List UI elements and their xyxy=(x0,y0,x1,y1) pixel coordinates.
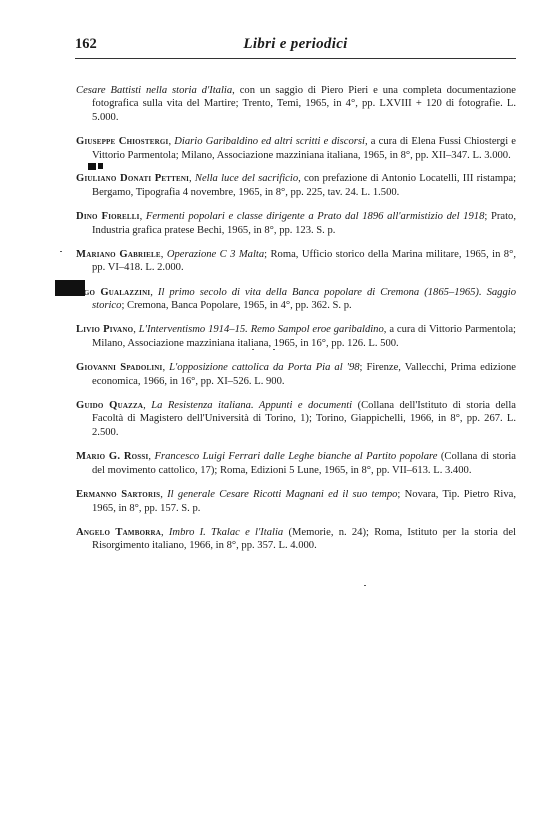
entry-author: Ugo Gualazzini xyxy=(76,287,150,298)
bibliography-entry: Angelo Tamborra, Imbro I. Tkalac e l'Ita… xyxy=(76,526,516,553)
scan-speck xyxy=(60,251,62,252)
scan-artifact xyxy=(88,163,96,170)
entry-title: Imbro I. Tkalac e l'Italia xyxy=(169,527,283,538)
entry-title: Il generale Cesare Ricotti Magnani ed il… xyxy=(167,489,397,500)
bibliography-entry: Giuseppe Chiostergi, Diario Garibaldino … xyxy=(76,135,516,162)
entry-title: Operazione C 3 Malta xyxy=(167,249,264,260)
scan-speck xyxy=(273,349,275,350)
entry-author: Angelo Tamborra xyxy=(76,527,161,538)
entry-title: Fermenti popolari e classe dirigente a P… xyxy=(146,211,485,222)
bibliography-entry: Cesare Battisti nella storia d'Italia, c… xyxy=(76,84,516,125)
bibliography-entry: Guido Quazza, La Resistenza italiana. Ap… xyxy=(76,399,516,440)
bibliography-entry: Mariano Gabriele, Operazione C 3 Malta; … xyxy=(76,248,516,275)
bibliography-entry: Giuliano Donati Petteni, Nella luce del … xyxy=(76,172,516,199)
bibliography-entry: Ugo Gualazzini, Il primo secolo di vita … xyxy=(76,286,516,313)
entry-title: Francesco Luigi Ferrari dalle Leghe bian… xyxy=(155,451,438,462)
bibliography-entry: Livio Pivano, L'Interventismo 1914–15. R… xyxy=(76,323,516,350)
entry-author: Dino Fiorelli xyxy=(76,211,140,222)
entry-author: Livio Pivano xyxy=(76,324,133,335)
bibliography-entry: Ermanno Sartoris, Il generale Cesare Ric… xyxy=(76,488,516,515)
entry-author: Guido Quazza xyxy=(76,400,143,411)
entry-title: Nella luce del sacrificio xyxy=(195,173,298,184)
entry-details: ; Cremona, Banca Popolare, 1965, in 4°, … xyxy=(121,300,351,311)
bibliography-entry: Giovanni Spadolini, L'opposizione cattol… xyxy=(76,361,516,388)
entry-title: Diario Garibaldino ed altri scritti e di… xyxy=(174,136,365,147)
entry-title: L'opposizione cattolica da Porta Pia al … xyxy=(169,362,359,373)
scan-speck xyxy=(252,349,254,350)
bibliography-entry: Dino Fiorelli, Fermenti popolari e class… xyxy=(76,210,516,237)
entry-author: Giuliano Donati Petteni xyxy=(76,173,189,184)
scan-speck xyxy=(364,585,366,586)
entry-author: Ermanno Sartoris xyxy=(76,489,160,500)
scan-artifact xyxy=(98,163,103,169)
header-rule xyxy=(75,58,516,59)
entry-title: L'Interventismo 1914–15. Remo Sampol ero… xyxy=(139,324,384,335)
entry-author: Giovanni Spadolini xyxy=(76,362,162,373)
scan-artifact xyxy=(55,280,85,296)
bibliography-entry: Mario G. Rossi, Francesco Luigi Ferrari … xyxy=(76,450,516,477)
page-header: 162 Libri e periodici xyxy=(75,36,516,56)
entry-author: Giuseppe Chiostergi xyxy=(76,136,168,147)
entry-author: Mariano Gabriele xyxy=(76,249,161,260)
bibliography-list: Cesare Battisti nella storia d'Italia, c… xyxy=(76,73,516,561)
entry-author: Mario G. Rossi xyxy=(76,451,148,462)
running-title: Libri e periodici xyxy=(75,36,516,53)
entry-title: La Resistenza italiana. Appunti e docume… xyxy=(151,400,352,411)
entry-title: Cesare Battisti nella storia d'Italia xyxy=(76,85,232,96)
